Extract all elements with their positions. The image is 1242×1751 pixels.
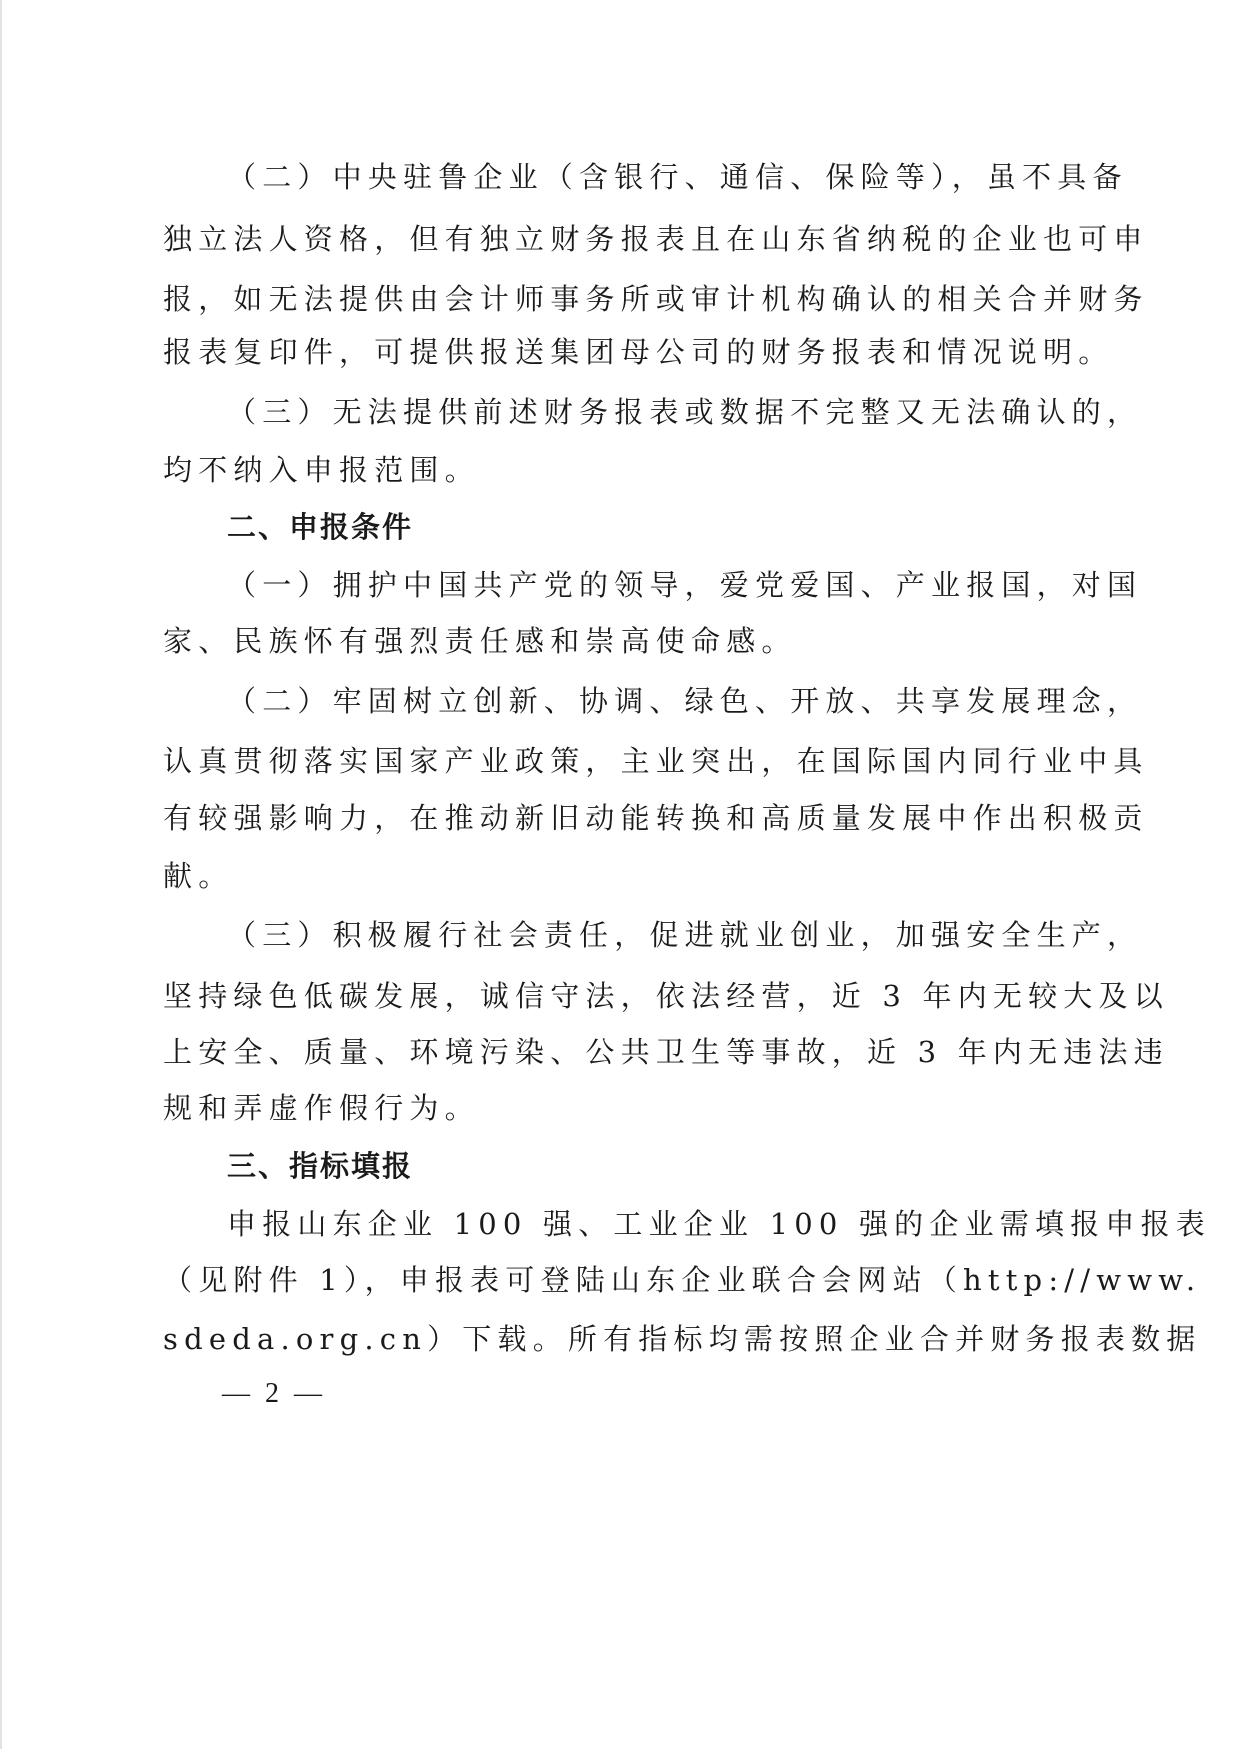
paragraph-line: （二）中央驻鲁企业（含银行、通信、保险等），虽不具备 — [163, 152, 1078, 202]
paragraph-line: （见附件 1），申报表可登陆山东企业联合会网站（http://www. — [163, 1255, 1078, 1305]
paragraph-line: 报表复印件，可提供报送集团母公司的财务报表和情况说明。 — [163, 327, 1078, 377]
paragraph-line: 献。 — [163, 851, 1078, 901]
paragraph-line: 认真贯彻落实国家产业政策，主业突出，在国际国内同行业中具 — [163, 736, 1078, 786]
paragraph-line: 申报山东企业 100 强、工业企业 100 强的企业需填报申报表 — [163, 1199, 1078, 1249]
paragraph-line: （二）牢固树立创新、协调、绿色、开放、共享发展理念， — [163, 676, 1078, 726]
paragraph-line: sdeda.org.cn）下载。所有指标均需按照企业合并财务报表数据 — [163, 1314, 1078, 1364]
paragraph-line: 独立法人资格，但有独立财务报表且在山东省纳税的企业也可申 — [163, 214, 1078, 264]
paragraph-line: （三）无法提供前述财务报表或数据不完整又无法确认的， — [163, 387, 1078, 437]
paragraph-line: 有较强影响力，在推动新旧动能转换和高质量发展中作出积极贡 — [163, 793, 1078, 843]
paragraph-line: 坚持绿色低碳发展，诚信守法，依法经营，近 3 年内无较大及以 — [163, 971, 1078, 1021]
page-number: — 2 — — [222, 1372, 326, 1416]
paragraph-line: （一）拥护中国共产党的领导，爱党爱国、产业报国，对国 — [163, 560, 1078, 610]
paragraph-line: 均不纳入申报范围。 — [163, 445, 1078, 495]
paragraph-line: 家、民族怀有强烈责任感和崇高使命感。 — [163, 616, 1078, 666]
paragraph-line: 上安全、质量、环境污染、公共卫生等事故，近 3 年内无违法违 — [163, 1027, 1078, 1077]
paragraph-line: 规和弄虚作假行为。 — [163, 1083, 1078, 1133]
paragraph-line: （三）积极履行社会责任，促进就业创业，加强安全生产， — [163, 910, 1078, 960]
section-heading: 三、指标填报 — [163, 1141, 1078, 1191]
section-heading: 二、申报条件 — [163, 502, 1078, 552]
paragraph-line: 报，如无法提供由会计师事务所或审计机构确认的相关合并财务 — [163, 274, 1078, 324]
